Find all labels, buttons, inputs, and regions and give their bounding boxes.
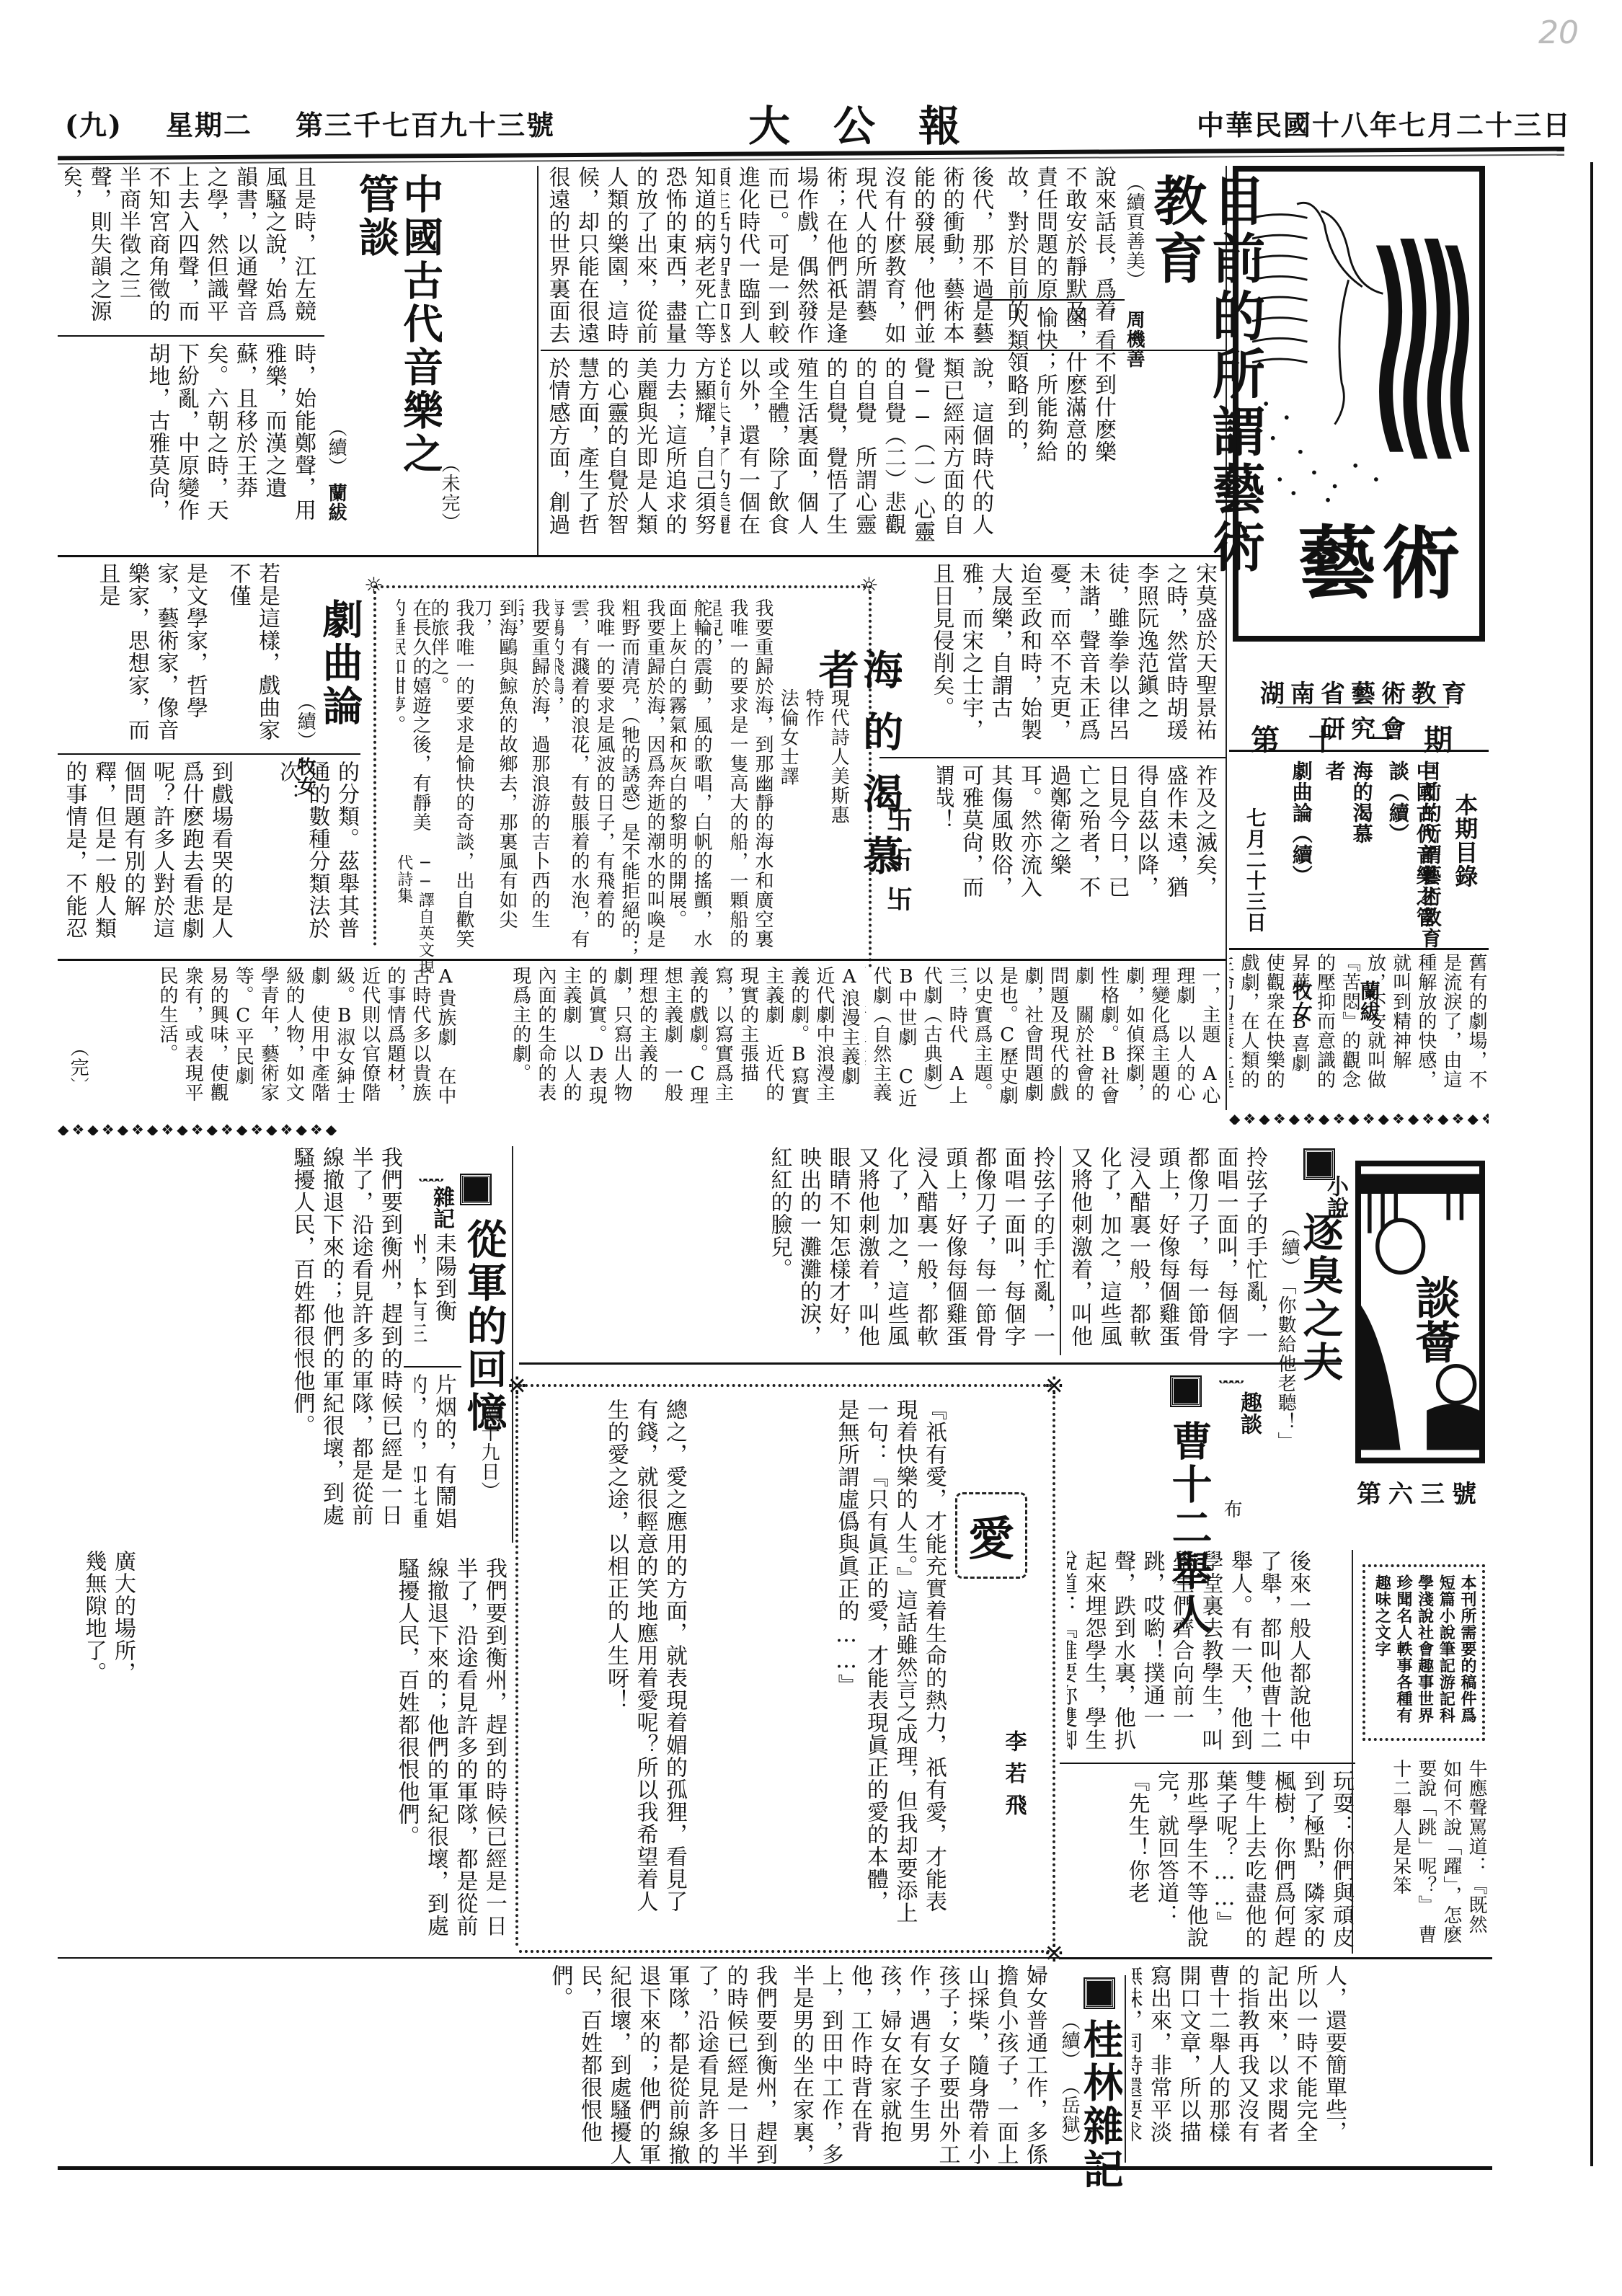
drama-theory-text: A浪漫主義劇 近代劇中浪漫主義的劇。B寫實主義劇 近代的現實的主張描寫，以寫實爲… — [461, 966, 861, 1117]
divider — [980, 299, 1125, 301]
ancient-music-text: 時，始能鄭聲，用雅樂，而漢之遺蘇，且移於王莽矣。六朝之時，天下紛亂，中原變作胡地… — [65, 342, 317, 526]
toc-item[interactable]: 劇曲論（續） — [1288, 761, 1315, 890]
ancient-music-author: 蘭紱 — [323, 483, 348, 533]
toc-heading: 本期目錄 — [1449, 793, 1480, 901]
asterisk-icon: ※ — [507, 1372, 528, 1401]
masthead: (九) 星期二 第三千七百九十三號 大公報 中華民國十八年七月二十三日 — [65, 94, 1572, 151]
art-education-text: ，看不到什麽樂園，什麽滿意的愉快；所能夠給人類領略到的，祇是叔本華式的悲觀主義（… — [1002, 306, 1117, 479]
cao-shier-author: 布 — [1218, 1499, 1244, 1543]
poem-stanza: 我要重歸於海，因爲奔逝的潮水的叫喚是粗野而清亮，（牠的誘惑）是不能拒絕的； — [620, 598, 667, 959]
toc-date: 七月二十三日 — [1241, 807, 1269, 952]
novel-headline: 逐臭之夫 — [1298, 1211, 1342, 1449]
drama-theory-headline: 劇曲論 — [317, 598, 362, 771]
love-author: 李若飛 — [998, 1730, 1028, 1838]
page-label: (九) — [65, 103, 123, 143]
drama-theory-text: 舊有的劇場，不是流淚了，由這種解放的快感，就叫到精神解放，不安就叫做『苦悶』的觀… — [1229, 953, 1489, 1108]
love-text: 『祇有愛，才能充實着生命的熱力，祇有愛，才能表現着快樂的人生。』這話雖然言之成理… — [692, 1399, 948, 1932]
memoir-text: 我們要到衡州，趕到的時候已經是一日半了，沿途看見許多的軍隊，都是從前線撤退下來的… — [144, 1557, 508, 1946]
drama-theory-text: 若是這樣，戲曲家不僅 — [216, 562, 281, 750]
novel-note: （續） — [1276, 1218, 1301, 1269]
divider — [58, 1957, 1060, 1959]
guilin-author: （岳獄） — [1056, 2076, 1081, 2163]
art-education-headline: 目前的所謂藝術教育 — [1146, 173, 1264, 577]
drama-theory-text: 的分類。茲舉其普通的數種分類法於次： — [238, 761, 360, 941]
tanhui-title: 談薈 — [1412, 1275, 1456, 1364]
guilin-text: 人，還要簡單些，所以一時不能完全記出來，以求閱者的指教再我又沒有曹十二舉人的那樣… — [1132, 1964, 1348, 2159]
black-square-icon — [1171, 1377, 1200, 1409]
memoir-text: 廣大的場所，幾無隙地了。 — [65, 1550, 137, 1694]
divider — [58, 555, 1226, 557]
poem-stanza: 我唯一的要求是一隻高大的船，一顆船的星兒， — [714, 598, 750, 959]
divider — [1229, 948, 1489, 950]
love-headline: 愛 — [955, 1492, 1027, 1579]
divider — [519, 1362, 1341, 1365]
divider — [58, 753, 360, 755]
memoir-text: 我們要到衡州，趕到的時候已經是一日半了，沿途看見許多的軍隊，都是從前線撤退下來的… — [65, 1146, 404, 1535]
divider — [1276, 706, 1449, 708]
publication-date: 中華民國十八年七月二十三日 — [1197, 103, 1572, 143]
art-education-text: 說，這個時代的人類已經兩方面的自覺──（一）心靈的自覺（二）悲觀的自覺 所謂心靈… — [721, 357, 995, 544]
love-border-left — [515, 1384, 518, 1946]
sun-ornament-icon: ☼ — [859, 573, 879, 598]
divider — [58, 959, 1226, 961]
poem-stanza: 在長久的嬉遊之後，有靜美的睡眠和甜夢。 — [396, 598, 433, 851]
tanhui-woodcut: 談薈 — [1355, 1161, 1485, 1463]
divider — [879, 757, 1226, 758]
divider — [541, 350, 1226, 351]
black-square-icon — [1085, 1979, 1114, 2011]
memoir-note: （續十九日） — [476, 1384, 501, 1528]
tanhui-issue: 第六三號 — [1355, 1474, 1485, 1510]
sun-ornament-icon: ☼ — [364, 573, 384, 598]
cao-shier-text: 後來一般人都說他中了舉，都叫他曹十二舉人。有一天，他到學堂裏去教學生，叫學生們齊… — [1067, 1550, 1312, 1759]
guilin-headline: 桂林雜記 — [1078, 2018, 1122, 2213]
page-bottom-rule — [58, 2166, 1492, 2170]
poem-border-left — [373, 585, 376, 946]
divider — [1229, 750, 1489, 752]
black-square-icon — [1305, 1150, 1334, 1182]
submission-notice: 本刊所需要的稿件爲短篇小說筆記游記科學淺說社會趣事世界珍聞名人軼事各種有趣味之文… — [1366, 1574, 1478, 1737]
ancient-music-note: （續） — [323, 418, 348, 476]
page-marker: 20 — [1538, 14, 1579, 51]
memoir-text: 耒陽到衡州，本有三百餘里，水流頗 — [415, 1233, 458, 1362]
poem-stanza: 舵輪的震動，風的歌唱，白帆的搖顫，水面上灰白的霧氣和灰白的黎明的開展。 — [670, 598, 714, 959]
love-border-right — [1052, 1384, 1055, 1954]
column-rule — [1352, 1550, 1353, 1954]
toc-item[interactable]: 中國古代音樂之管談（續） — [1384, 761, 1439, 941]
art-education-text: 方顯耀，自己須努力去；這所追求的美麗與光即是人類的心靈的自覺於智慧方面，產生了哲… — [548, 357, 717, 537]
divider — [1060, 1763, 1355, 1764]
ancient-music-text: 宋莫盛於天聖景祐之時，然當時胡瑗李照阮逸范鎭之徒，雖拳拳以律呂未諧，聲音未正爲憂… — [887, 562, 1218, 757]
poem-byline: 現代詩人美斯惠特作 — [800, 688, 851, 833]
memoir-text: 片烟的，有鬧娼的，的，如此種種，有損人的榮譽，非嚴加整 — [415, 1373, 458, 1532]
category-label: 趣談 — [1233, 1391, 1264, 1435]
ornament-divider: ◆❖◆❖◆❖◆❖◆❖◆❖◆❖◆❖◆❖◆ — [58, 1121, 1226, 1135]
drama-theory-text: 一，主題 A心理劇 以人的心理變化爲主題的劇，如偵探劇，性格劇。B社會劇 關於社… — [865, 966, 1222, 1117]
issue-number: 第三千七百九十三號 — [296, 103, 555, 143]
art-supplement-title: 藝術 — [1298, 500, 1465, 614]
category-label: 雜記 — [425, 1186, 457, 1229]
article-end-mark: （完） — [65, 1038, 90, 1081]
ancient-music-text: 祚及之滅矣，盛作未遠，猶得自茲以降，日見今日，已亡之殆者，不過鄭衛之樂耳。然亦流… — [937, 764, 1218, 908]
newspaper-title: 大公報 — [748, 92, 1003, 153]
cao-shier-text: 玩耍：你們與頑皮到了極點，隣家的楓樹，你們爲何趕雙牛上去吃盡他的葉子呢？……』那… — [1067, 1770, 1355, 1950]
guilin-text: 婦女普通工作，多係擔負小孩子，一面上山採柴，隨身帶着小孩子；女子要出外工作，遇有… — [786, 1964, 1049, 2166]
novel-text: 拎弦子的手忙亂，一面唱一面叫，每個字都像刀子，每一節骨頭上，好像每個雞蛋浸入醋裏… — [519, 1146, 1056, 1355]
novel-quote: 「你數給他老聽！」 — [1272, 1276, 1298, 1442]
divider — [1060, 1957, 1492, 1959]
poem-stanza: 我要重歸於海，過那浪游的吉卜西的生活， — [519, 598, 551, 959]
memoir-text: 我們要到衡州，趕到的時候已經是一日半了，沿途看見許多的軍隊，都是從前線撤退下來的… — [65, 1964, 779, 2166]
novel-text: 拎弦子的手忙亂，一面唱一面叫，每個字都像刀子，每一節骨頭上，好像每個雞蛋浸入醋裏… — [1067, 1146, 1269, 1348]
ornament-divider: ◆❖◆❖◆❖◆❖◆❖◆❖◆❖◆❖◆❖◆ — [1229, 1110, 1489, 1125]
art-education-text: 後代，那不過是藝術的衝動，藝術本能的發展，他們並沒有什麽教育，如現代人的所謂藝術… — [721, 166, 995, 346]
art-education-text: 知道的病老死亡等恐怖的東西，盡量的放了出來，從前人類的樂園，這時候，却只能在很遠… — [548, 166, 717, 346]
supplement-issue: 第十一期 — [1247, 717, 1485, 758]
weekday: 星期二 — [166, 103, 252, 143]
asterisk-icon: ※ — [1044, 1372, 1065, 1401]
column-rule — [1125, 1975, 1126, 2163]
drama-theory-text: 到戲場看哭的是人爲什麽跑去看悲劇呢？許多人對於這個問題有別的解釋，但是一般人類的… — [65, 761, 234, 941]
poem-stanza: 我我唯一的要求是愉快的奇談，出自歡笑的旅伴之。 — [433, 598, 476, 959]
asterisk-icon: ※ — [1044, 1939, 1065, 1968]
column-rule — [537, 166, 539, 555]
poem-border-top — [375, 585, 872, 588]
submission-notice-box: 本刊所需要的稿件爲短篇小說筆記游記科學淺說社會趣事世界珍聞名人軼事各種有趣味之文… — [1362, 1564, 1485, 1741]
love-border-top — [519, 1384, 1052, 1387]
drama-theory-note: （續） — [292, 692, 317, 750]
love-text: 總之，愛之應用的方面，就表現着媚的孤狸，看見了有錢，就很輕意的笑地應用着愛呢？所… — [526, 1399, 688, 1932]
poem-stanza: 到海鷗與鯨魚的故鄉去，那裏風有如尖刀， — [476, 598, 519, 959]
toc-item[interactable]: 海的渴慕者 — [1321, 761, 1375, 854]
divider — [58, 335, 324, 337]
drama-theory-text: A貴族劇 在中古時代多以貴族的事情爲題材，近代則以官僚階級。B淑女紳士劇 使用中… — [65, 966, 458, 1117]
black-square-icon — [461, 1175, 490, 1207]
art-education-author: 周機善 — [1121, 310, 1146, 382]
guilin-note: （續） — [1056, 2011, 1081, 2069]
drama-theory-text: 是文學家，哲學家，藝術家，像音樂家，思想家，而且是 — [65, 562, 209, 750]
art-education-note: （續頁善美） — [1121, 173, 1146, 296]
ancient-music-headline: 中國古代音樂之管談 — [353, 173, 442, 512]
column-rule — [1060, 1146, 1061, 1355]
poem-stanza: 我唯一的要求是風波的日子，有飛着的雲，有濺着的浪花，有鼓脹着的水泡，有海鷗的飛鳴… — [555, 598, 616, 959]
art-supplement-woodcut: 藝術 — [1233, 166, 1485, 642]
divider — [404, 1366, 461, 1368]
poem-translator: 法倫女士譯 — [775, 688, 800, 833]
ancient-music-text: 且是時，江左競風騷之說，始爲韻書，以通聲音之學，然但識平上去入四聲，而不知宮商角… — [65, 166, 317, 332]
poem-stanza: 我要重歸於海，到那幽靜的海水和廣空裏去， — [750, 598, 775, 959]
cao-shier-text: 牛應聲罵道：『既然如何不說「躍」，怎麽要說「跳」呢？』 曹十二舉人是呆笨 — [1359, 1759, 1489, 1946]
love-border-bottom — [519, 1950, 1056, 1953]
column-rule — [512, 1146, 513, 1543]
